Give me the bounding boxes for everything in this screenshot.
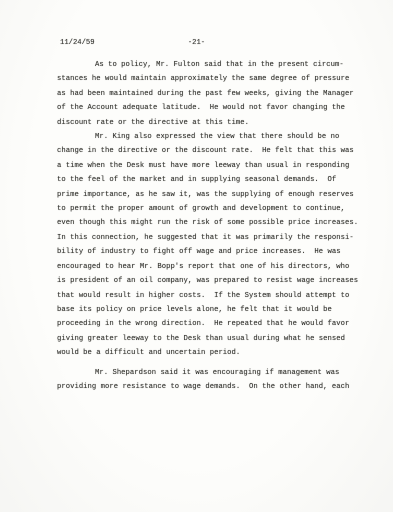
- text-line: a time when the Desk must have more leew…: [57, 159, 373, 173]
- paragraph: Mr. King also expressed the view that th…: [57, 130, 373, 361]
- text-line: of the Account adequate latitude. He wou…: [57, 101, 373, 115]
- text-line: prime importance, as he saw it, was the …: [57, 188, 373, 202]
- paragraph: Mr. Shepardson said it was encouraging i…: [57, 366, 373, 395]
- text-line: Mr. King also expressed the view that th…: [57, 130, 373, 144]
- document-content: 11/24/59 -21- As to policy, Mr. Fulton s…: [0, 0, 393, 512]
- text-line: as had been maintained during the past f…: [57, 87, 373, 101]
- text-line: change in the directive or the discount …: [57, 144, 373, 158]
- text-line: would be a difficult and uncertain perio…: [57, 346, 373, 360]
- document-header: 11/24/59 -21-: [0, 39, 393, 51]
- text-line: to the feel of the market and in supplyi…: [57, 173, 373, 187]
- text-line: stances he would maintain approximately …: [57, 72, 373, 86]
- text-line: bility of industry to fight off wage and…: [57, 245, 373, 259]
- text-line: is president of an oil company, was prep…: [57, 274, 373, 288]
- header-page-number: -21-: [0, 39, 393, 47]
- text-line: that would result in higher costs. If th…: [57, 289, 373, 303]
- text-line: discount rate or the directive at this t…: [57, 116, 373, 130]
- text-line: even though this might run the risk of s…: [57, 216, 373, 230]
- document-body: As to policy, Mr. Fulton said that in th…: [57, 58, 373, 394]
- text-line: encouraged to hear Mr. Bopp's report tha…: [57, 260, 373, 274]
- paragraph: As to policy, Mr. Fulton said that in th…: [57, 58, 373, 130]
- text-line: to permit the proper amount of growth an…: [57, 202, 373, 216]
- document-page: 11/24/59 -21- As to policy, Mr. Fulton s…: [0, 0, 393, 512]
- text-line: In this connection, he suggested that it…: [57, 231, 373, 245]
- text-line: providing more resistance to wage demand…: [57, 380, 373, 394]
- text-line: base its policy on price levels alone, h…: [57, 303, 373, 317]
- text-line: proceeding in the wrong direction. He re…: [57, 317, 373, 331]
- text-line: Mr. Shepardson said it was encouraging i…: [57, 366, 373, 380]
- text-line: As to policy, Mr. Fulton said that in th…: [57, 58, 373, 72]
- text-line: giving greater leeway to the Desk than u…: [57, 332, 373, 346]
